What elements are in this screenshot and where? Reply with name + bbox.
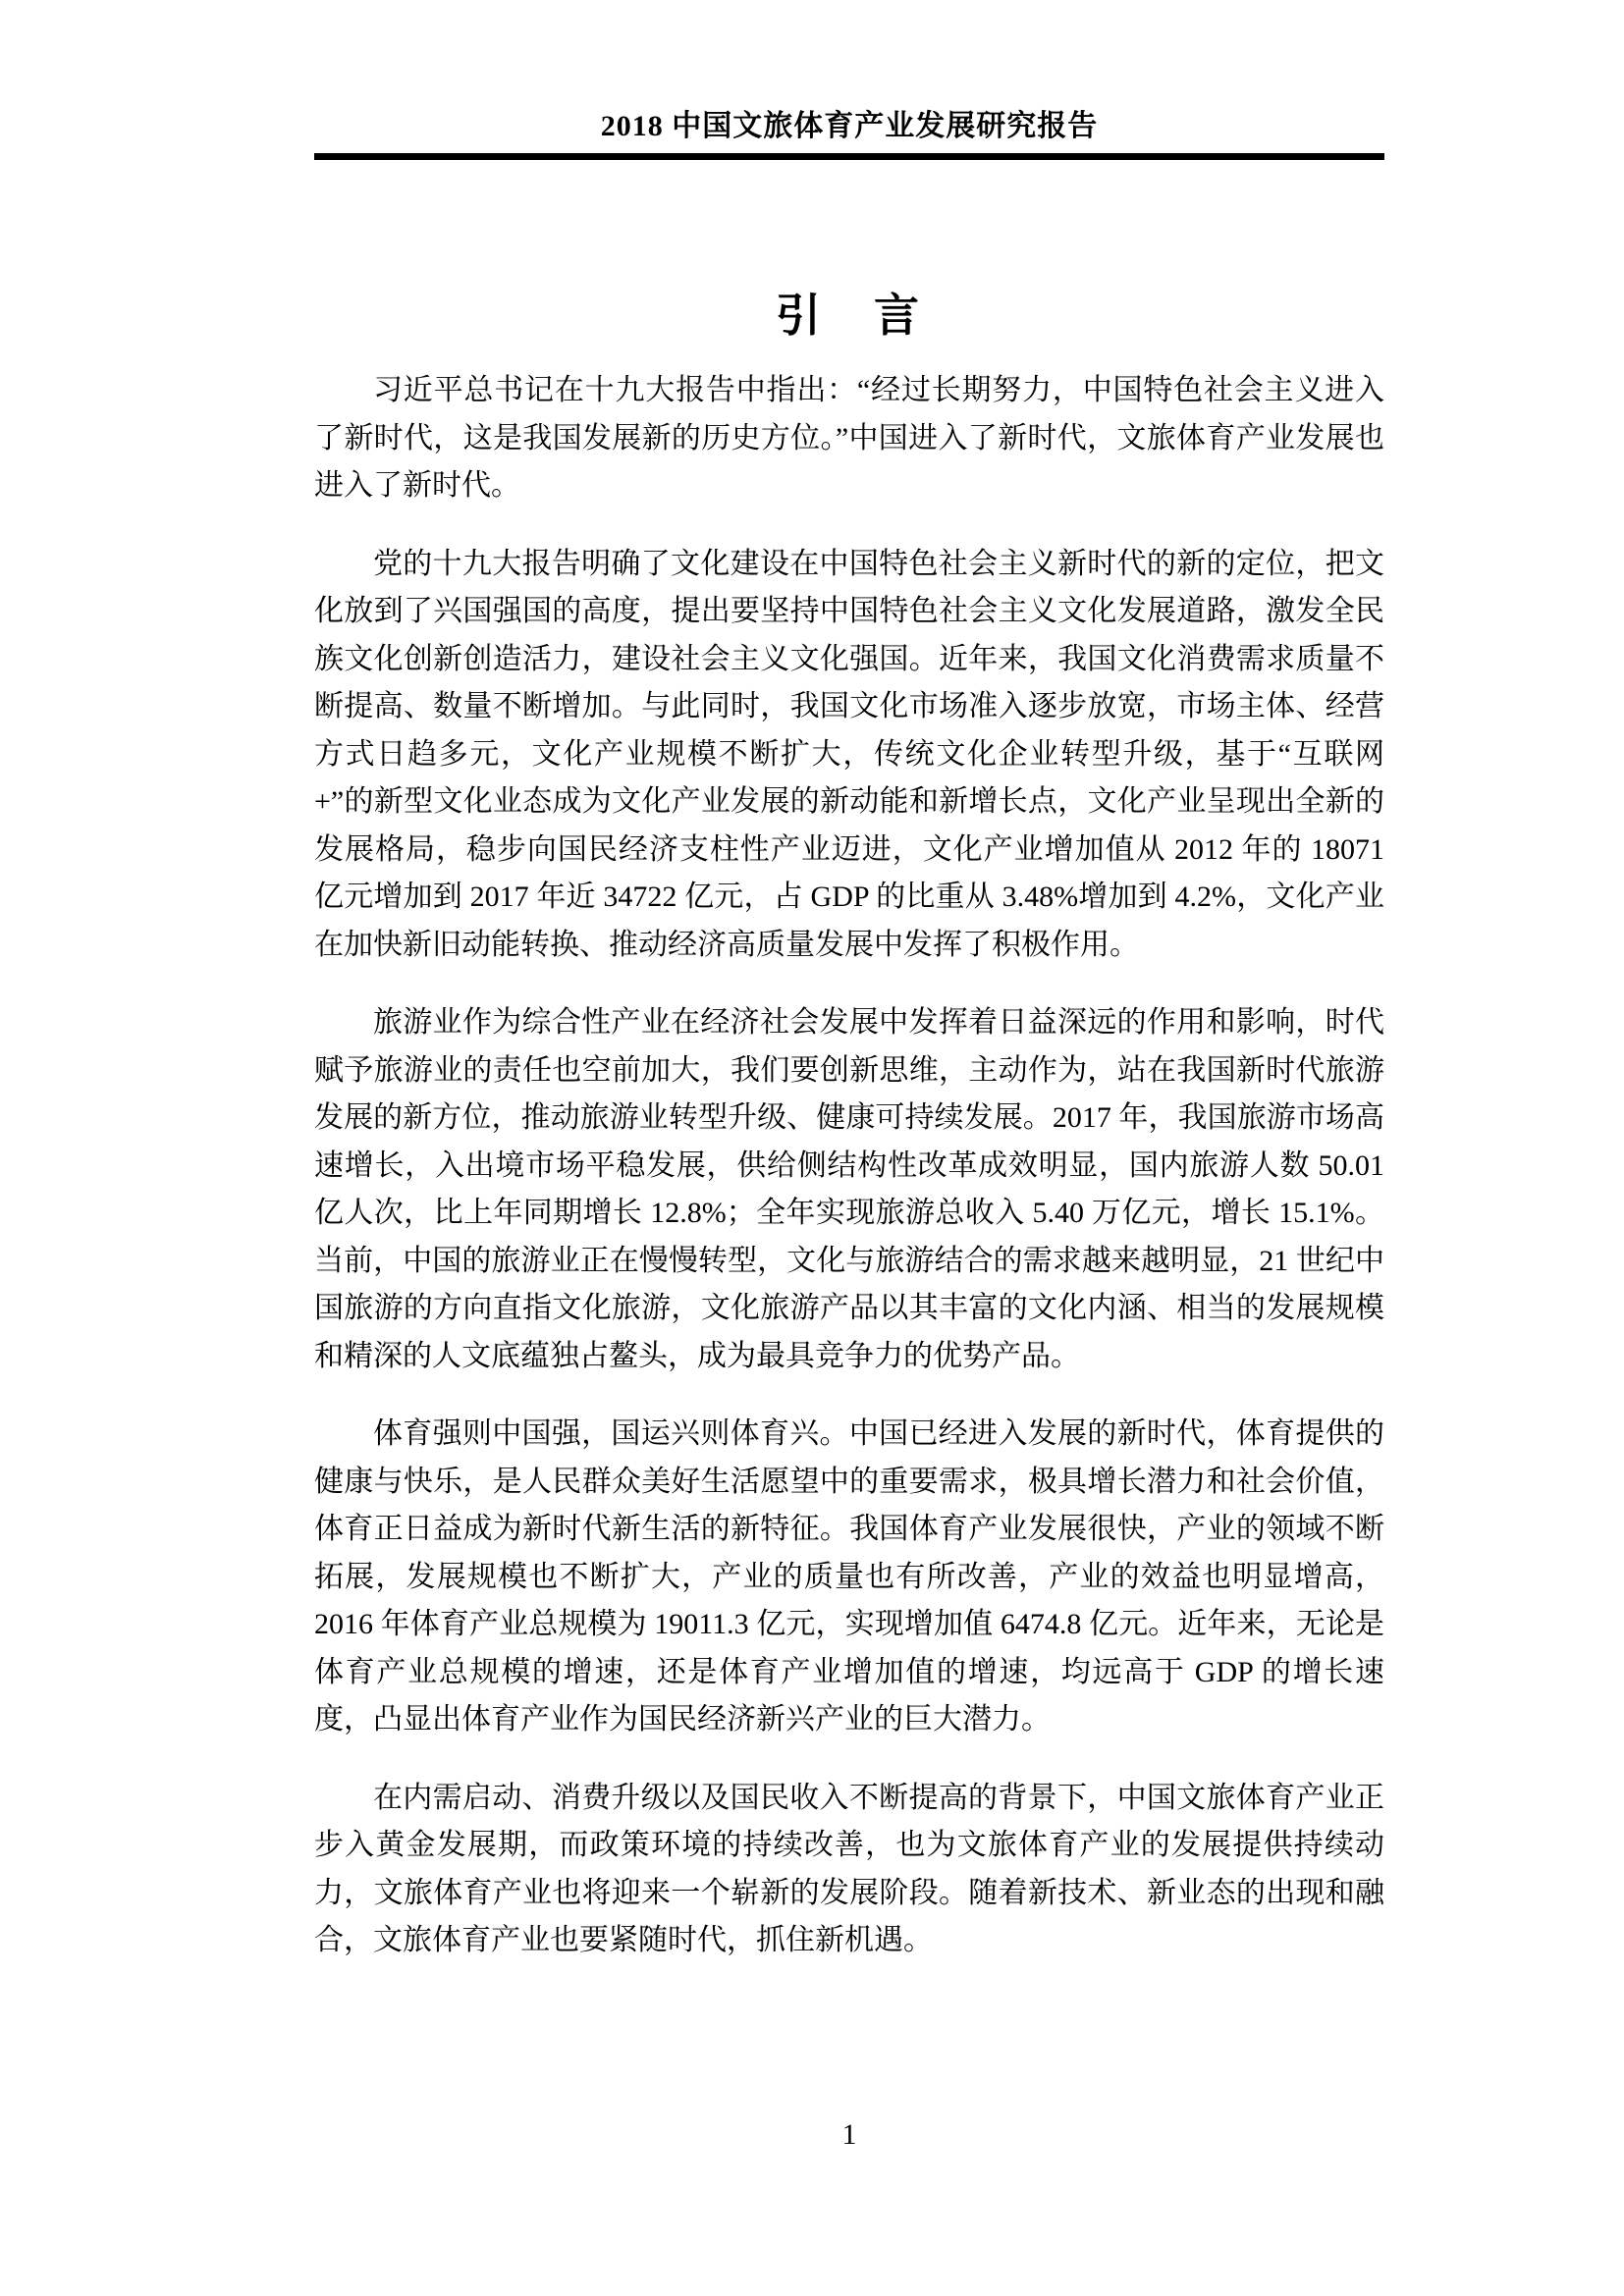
document-title: 引 言 <box>314 289 1384 343</box>
page-number: 1 <box>842 2118 857 2151</box>
paragraph-culture-industry: 党的十九大报告明确了文化建设在中国特色社会主义新时代的新的定位，把文化放到了兴国… <box>314 541 1384 970</box>
header-rule <box>314 153 1384 160</box>
paragraph-tourism-industry: 旅游业作为综合性产业在经济社会发展中发挥着日益深远的作用和影响，时代赋予旅游业的… <box>314 999 1384 1380</box>
page-footer: 1 <box>314 2118 1384 2152</box>
document-page: 2018 中国文旅体育产业发展研究报告 引 言 习近平总书记在十九大报告中指出：… <box>0 0 1624 2296</box>
document-body: 习近平总书记在十九大报告中指出：“经过长期努力，中国特色社会主义进入了新时代，这… <box>314 367 1384 1996</box>
paragraph-conclusion: 在内需启动、消费升级以及国民收入不断提高的背景下，中国文旅体育产业正步入黄金发展… <box>314 1775 1384 1965</box>
paragraph-intro-new-era: 习近平总书记在十九大报告中指出：“经过长期努力，中国特色社会主义进入了新时代，这… <box>314 367 1384 510</box>
paragraph-sports-industry: 体育强则中国强，国运兴则体育兴。中国已经进入发展的新时代，体育提供的健康与快乐，… <box>314 1411 1384 1744</box>
running-head-title: 2018 中国文旅体育产业发展研究报告 <box>314 101 1384 144</box>
